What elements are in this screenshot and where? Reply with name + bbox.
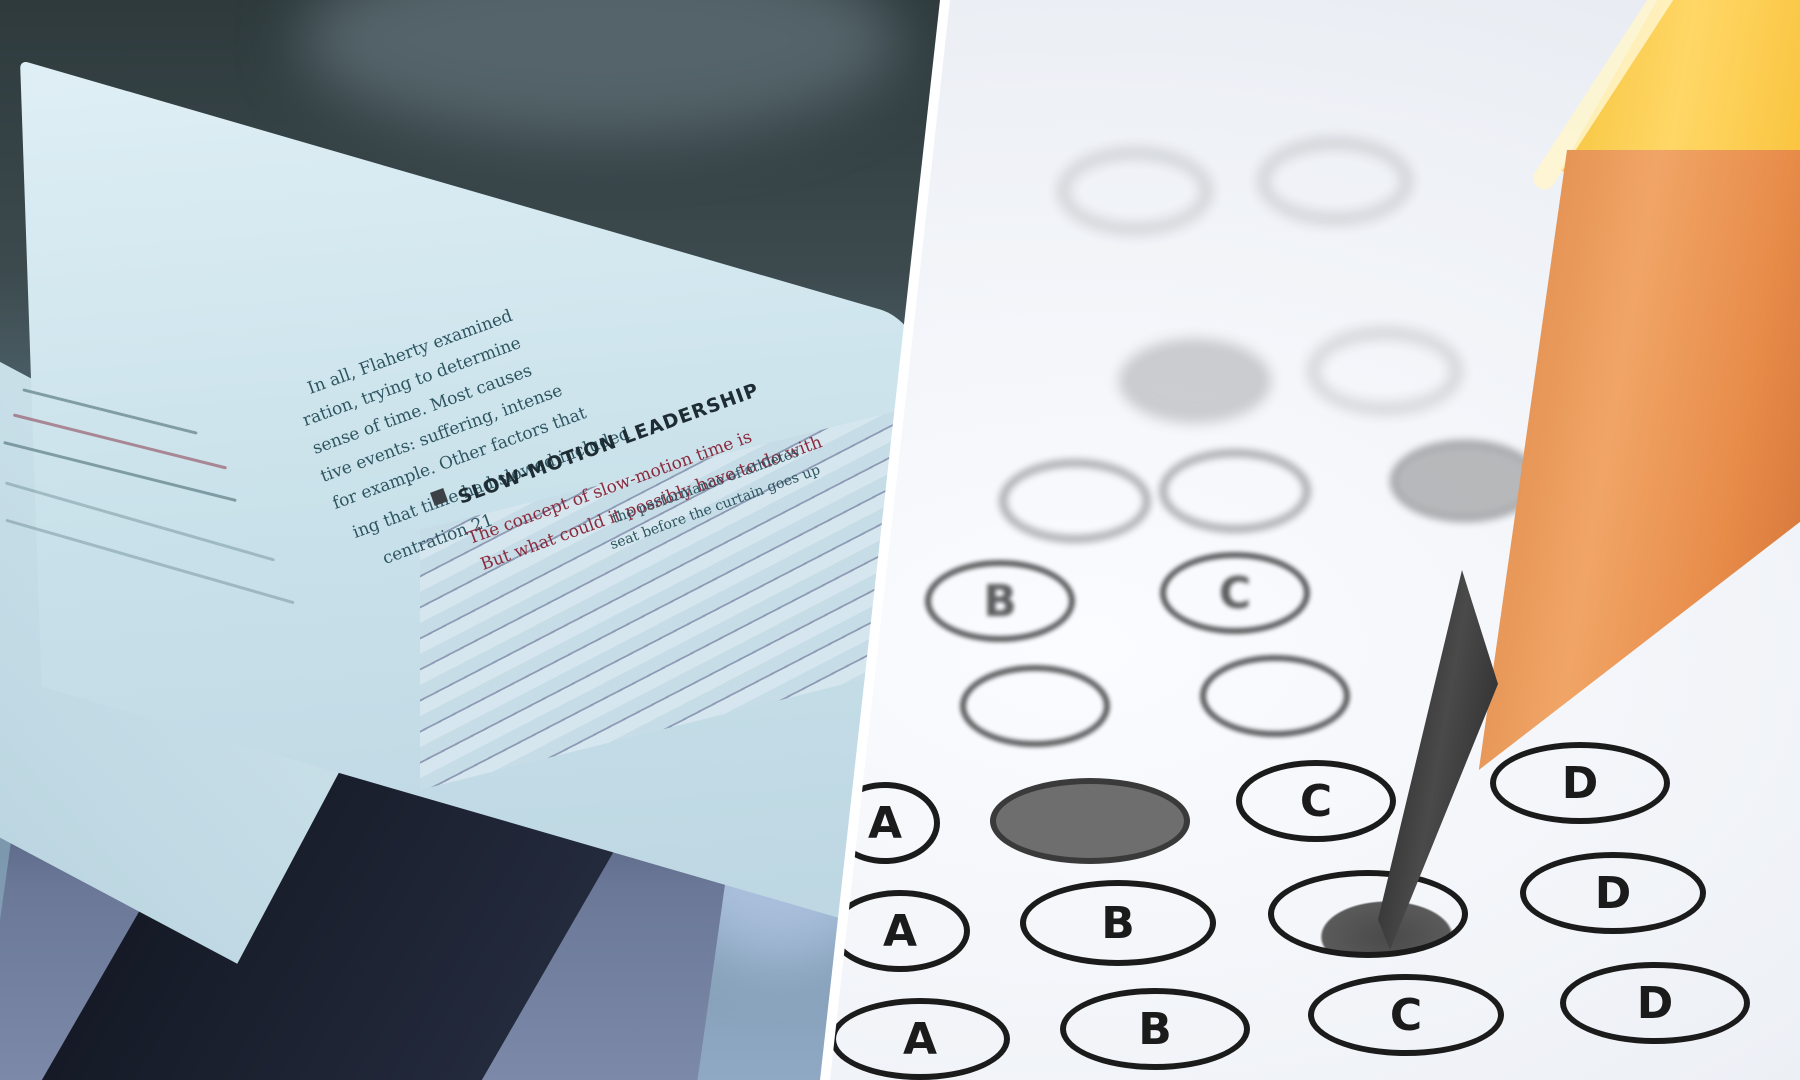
answer-bubble-a: A bbox=[830, 890, 970, 972]
answer-bubble bbox=[1000, 460, 1150, 542]
answer-bubble-d: D bbox=[1560, 962, 1750, 1044]
answer-bubble-b: B bbox=[925, 560, 1075, 642]
answer-bubble-b: B bbox=[1020, 880, 1216, 966]
answer-bubble-a: A bbox=[830, 998, 1010, 1080]
answer-bubble-c-being-filled: C bbox=[1268, 870, 1468, 958]
answer-bubble-c: C bbox=[1160, 552, 1310, 634]
answer-bubble-d: D bbox=[1490, 742, 1670, 824]
answer-bubble-c: C bbox=[1308, 974, 1504, 1056]
answer-bubble bbox=[1120, 340, 1270, 422]
answer-bubble-d: D bbox=[1520, 852, 1706, 934]
answer-bubble bbox=[1060, 150, 1210, 232]
answer-bubble-c: C bbox=[1236, 760, 1396, 842]
answer-bubble bbox=[960, 665, 1110, 747]
background-blur bbox=[300, 0, 900, 140]
answer-bubble-c bbox=[1200, 655, 1350, 737]
answer-bubble bbox=[1260, 140, 1410, 222]
answer-bubble bbox=[1160, 450, 1310, 532]
answer-bubble bbox=[1310, 330, 1460, 412]
answer-bubble-filled bbox=[990, 778, 1190, 864]
answer-bubble-b: B bbox=[1060, 988, 1250, 1070]
